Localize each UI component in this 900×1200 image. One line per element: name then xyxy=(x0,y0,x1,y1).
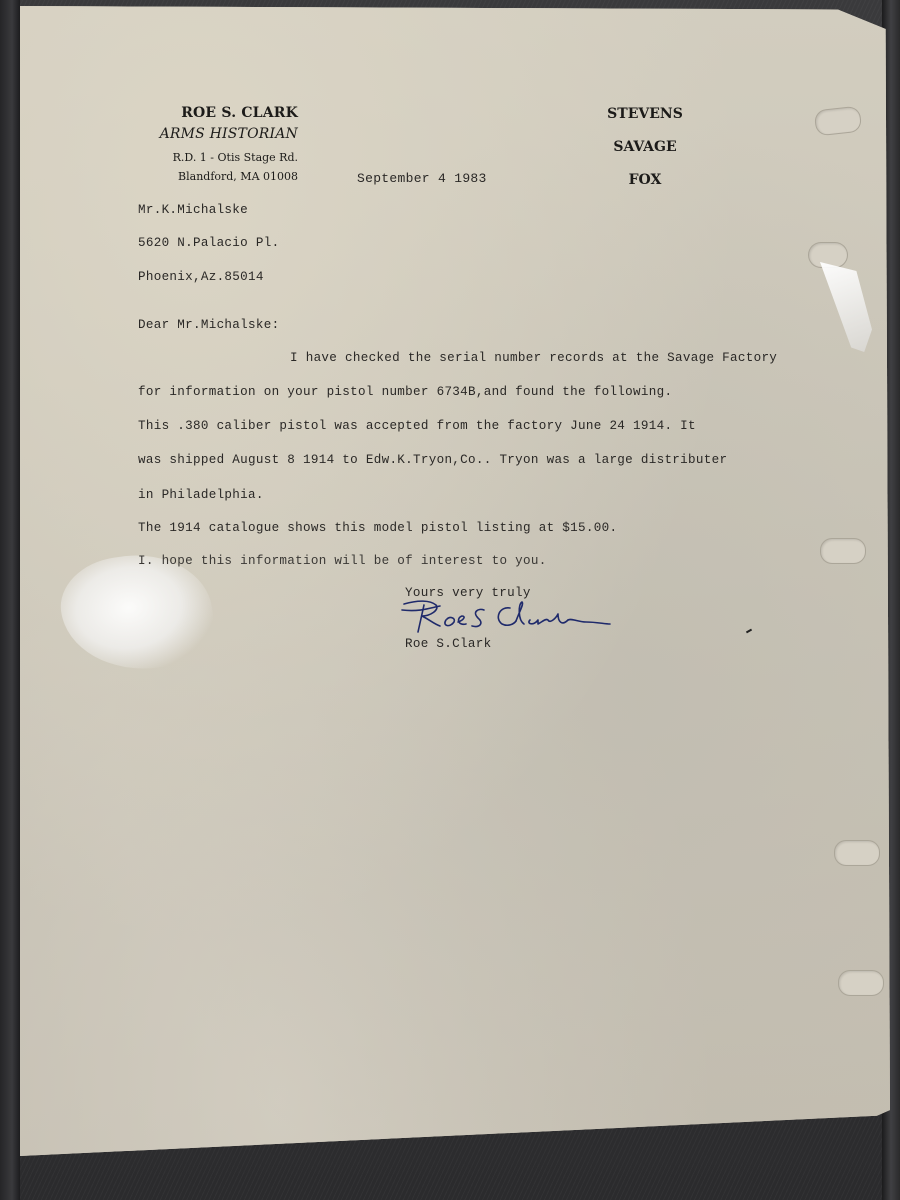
typed-signature-name: Roe S.Clark xyxy=(405,637,491,651)
recipient-name: Mr.K.Michalske xyxy=(138,203,248,217)
recipient-city: Phoenix,Az.85014 xyxy=(138,270,264,284)
brand-savage: SAVAGE xyxy=(595,137,695,170)
recipient-street: 5620 N.Palacio Pl. xyxy=(138,236,279,250)
punch-hole xyxy=(820,538,866,564)
sender-title: ARMS HISTORIAN xyxy=(150,123,298,145)
letter-date: September 4 1983 xyxy=(357,171,487,186)
body-line: in Philadelphia. xyxy=(138,488,264,502)
salutation: Dear Mr.Michalske: xyxy=(138,318,279,332)
sender-address-line1: R.D. 1 - Otis Stage Rd. xyxy=(150,148,298,167)
body-line: I have checked the serial number records… xyxy=(290,351,777,365)
body-line: for information on your pistol number 67… xyxy=(138,385,672,399)
sender-address-line2: Blandford, MA 01008 xyxy=(150,167,298,186)
body-line: The 1914 catalogue shows this model pist… xyxy=(138,521,617,535)
body-line: I. hope this information will be of inte… xyxy=(138,554,547,568)
body-line: was shipped August 8 1914 to Edw.K.Tryon… xyxy=(138,453,727,467)
brand-stevens: STEVENS xyxy=(595,104,695,137)
brand-fox: FOX xyxy=(595,170,695,203)
punch-hole xyxy=(838,970,884,996)
body-line: This .380 caliber pistol was accepted fr… xyxy=(138,419,696,433)
sender-name: ROE S. CLARK xyxy=(150,103,298,123)
letterhead-brands: STEVENS SAVAGE FOX xyxy=(595,104,695,203)
letterhead-sender: ROE S. CLARK ARMS HISTORIAN R.D. 1 - Oti… xyxy=(150,103,298,186)
punch-hole xyxy=(834,840,880,866)
handwritten-signature xyxy=(400,596,615,638)
binder-edge-left xyxy=(0,0,20,1200)
